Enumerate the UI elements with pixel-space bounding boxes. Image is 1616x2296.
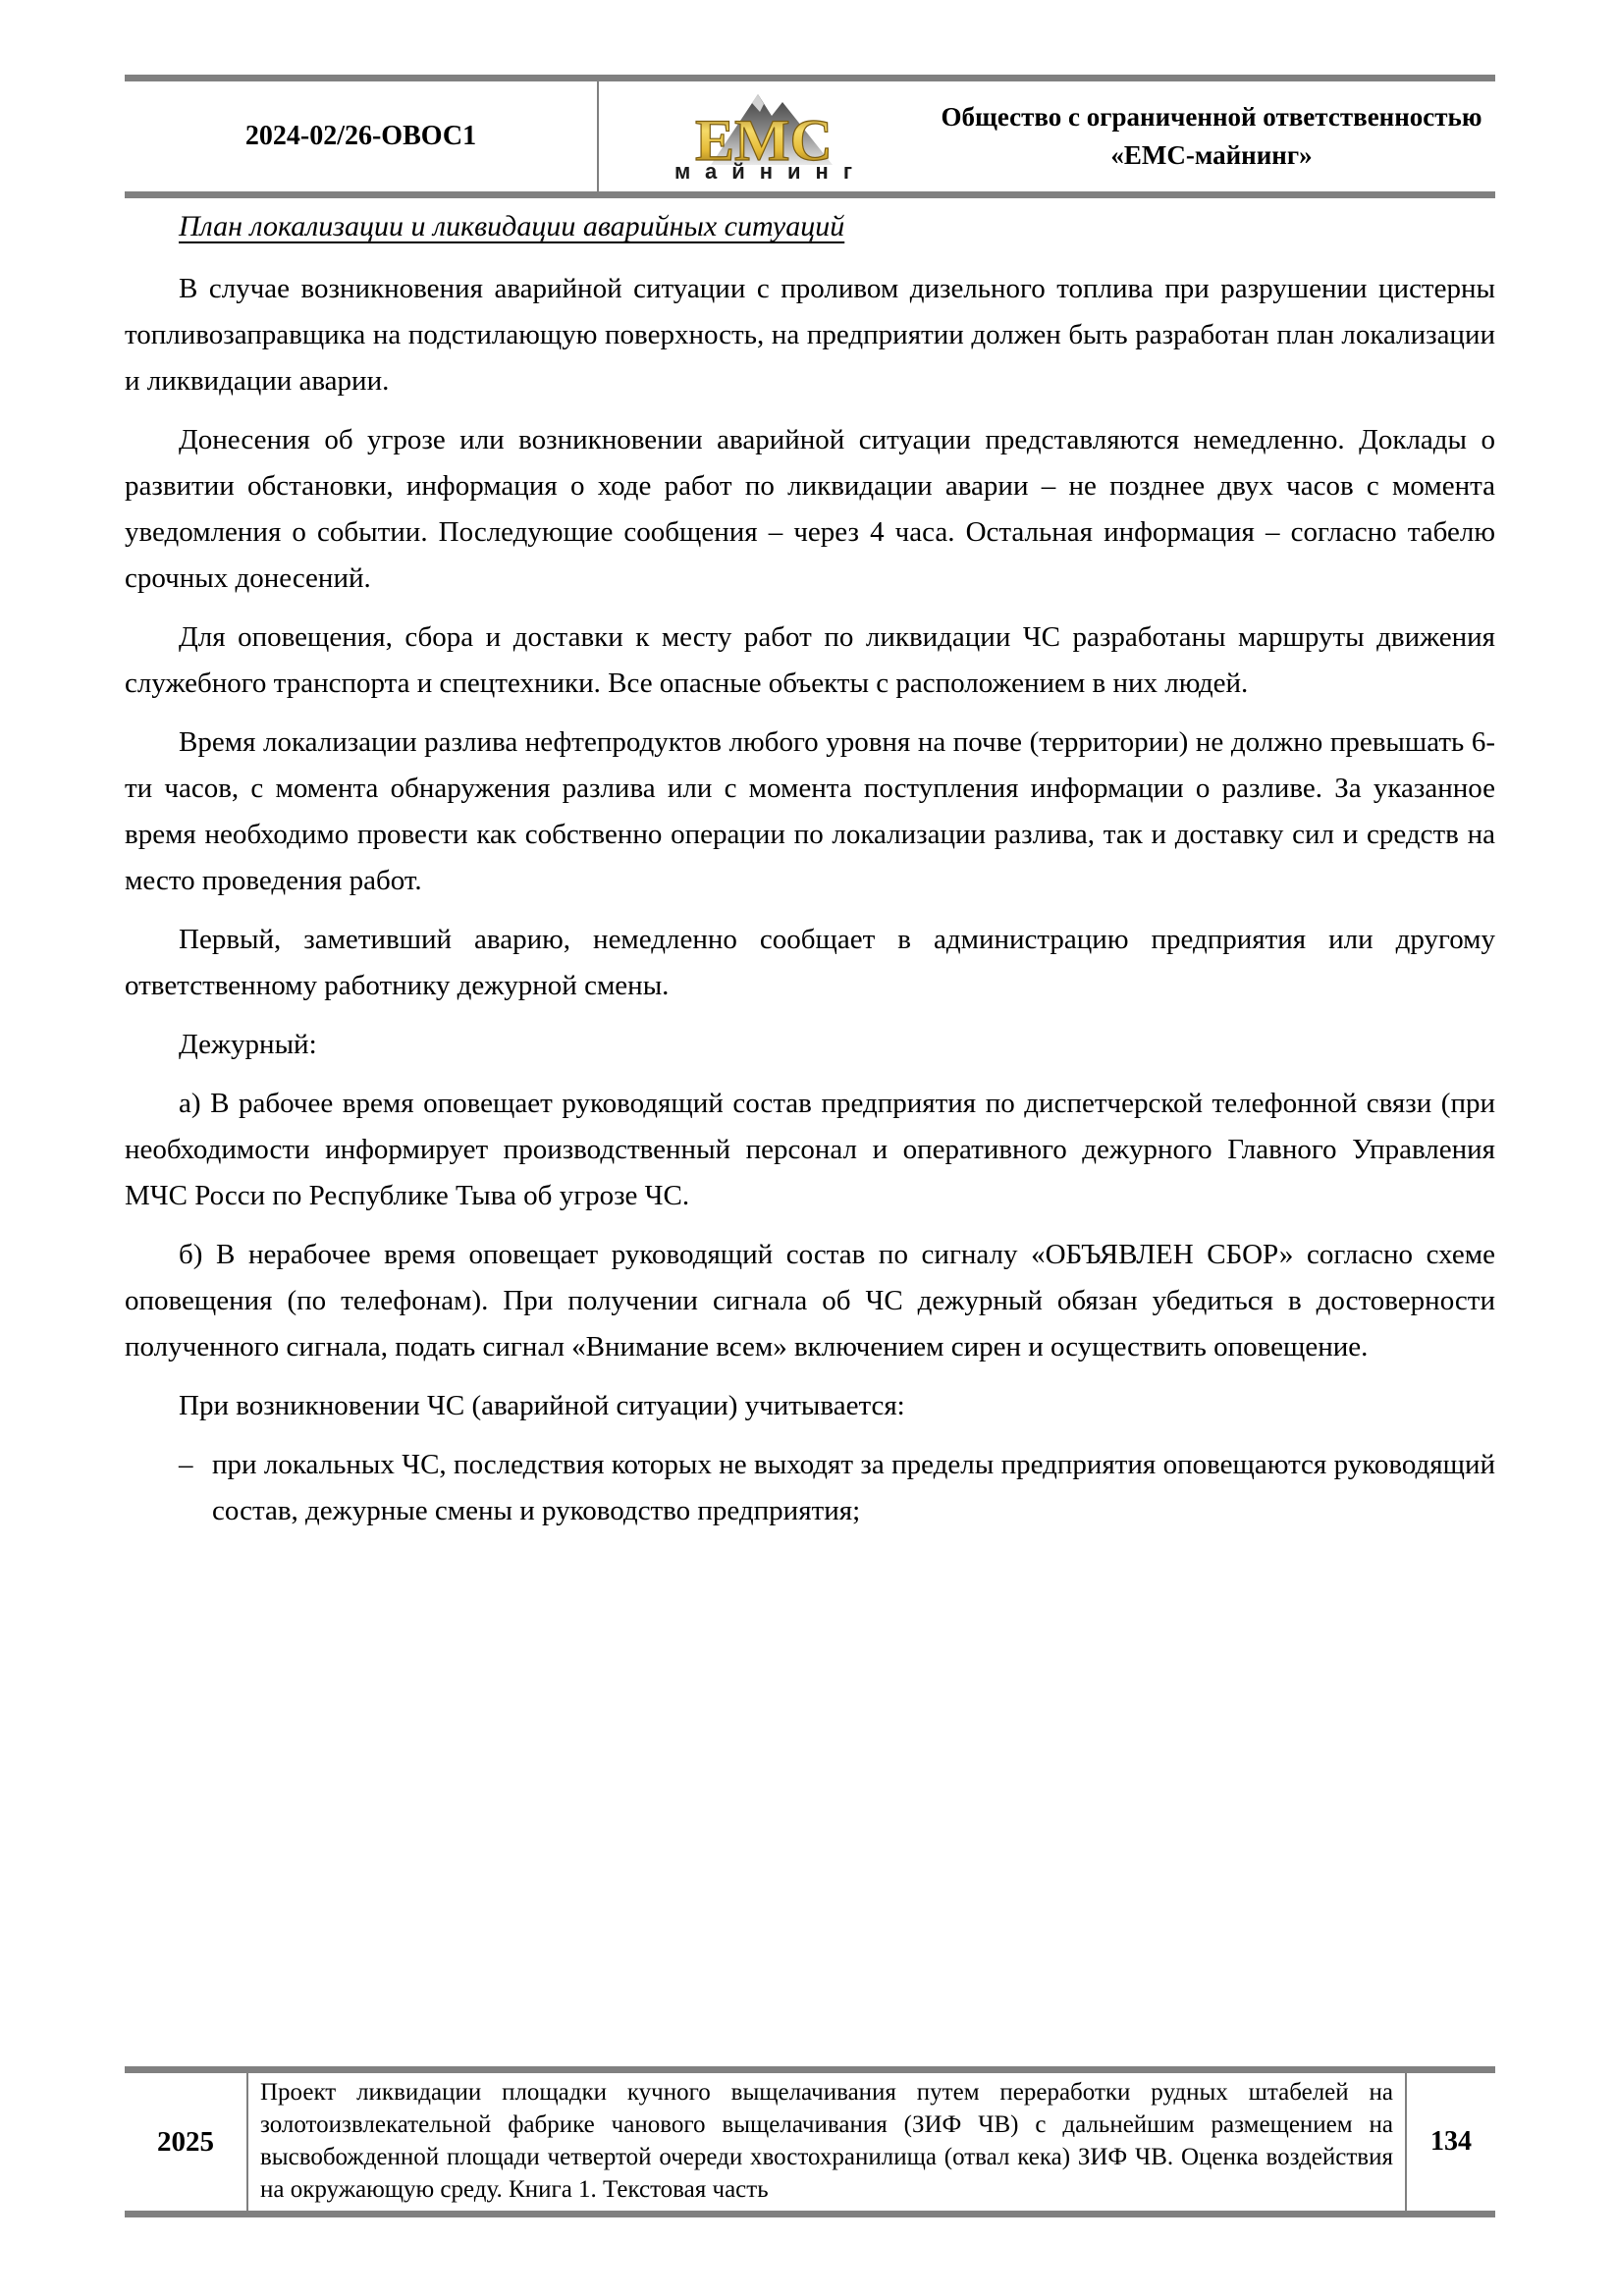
paragraph: Время локализации разлива нефтепродуктов… [125, 720, 1495, 904]
paragraph: а) В рабочее время оповещает руководящий… [125, 1081, 1495, 1219]
company-name-line2: «ЕМС-майнинг» [1110, 136, 1312, 175]
page-number: 134 [1407, 2073, 1495, 2211]
bullet-text: при локальных ЧС, последствия которых не… [212, 1442, 1495, 1534]
paragraph: Дежурный: [125, 1022, 1495, 1068]
list-item: –при локальных ЧС, последствия которых н… [179, 1442, 1495, 1534]
logo-acronym: ЕМС [695, 108, 833, 167]
paragraph: б) В нерабочее время оповещает руководящ… [125, 1232, 1495, 1370]
footer-year: 2025 [125, 2073, 246, 2211]
logo-subtitle: майнинг [660, 159, 867, 185]
page-footer: 2025 Проект ликвидации площадки кучного … [125, 2066, 1495, 2217]
document-body: План локализации и ликвидации аварийных … [125, 196, 1495, 1534]
paragraphs-container: В случае возникновения аварийной ситуаци… [125, 266, 1495, 1534]
company-name-line1: Общество с ограниченной ответственностью [942, 98, 1482, 136]
paragraph: Донесения об угрозе или возникновении ав… [125, 417, 1495, 602]
paragraph: В случае возникновения аварийной ситуаци… [125, 266, 1495, 404]
emc-logo: ЕМС майнинг [599, 81, 928, 191]
paragraph: Для оповещения, сбора и доставки к месту… [125, 614, 1495, 707]
paragraph: При возникновении ЧС (аварийной ситуации… [125, 1383, 1495, 1429]
paragraph: Первый, заметивший аварию, немедленно со… [125, 917, 1495, 1009]
page-header: 2024-02/26-ОВОС1 ЕМС майнинг [125, 75, 1495, 198]
document-number: 2024-02/26-ОВОС1 [125, 81, 599, 191]
document-page: { "header": { "doc_number": "2024-02/26-… [0, 0, 1616, 2296]
section-title: План локализации и ликвидации аварийных … [179, 210, 844, 243]
footer-project-description: Проект ликвидации площадки кучного выщел… [246, 2073, 1407, 2211]
company-name: Общество с ограниченной ответственностью… [928, 81, 1495, 191]
bullet-dash: – [179, 1442, 212, 1534]
mountain-icon: ЕМС [617, 88, 911, 167]
